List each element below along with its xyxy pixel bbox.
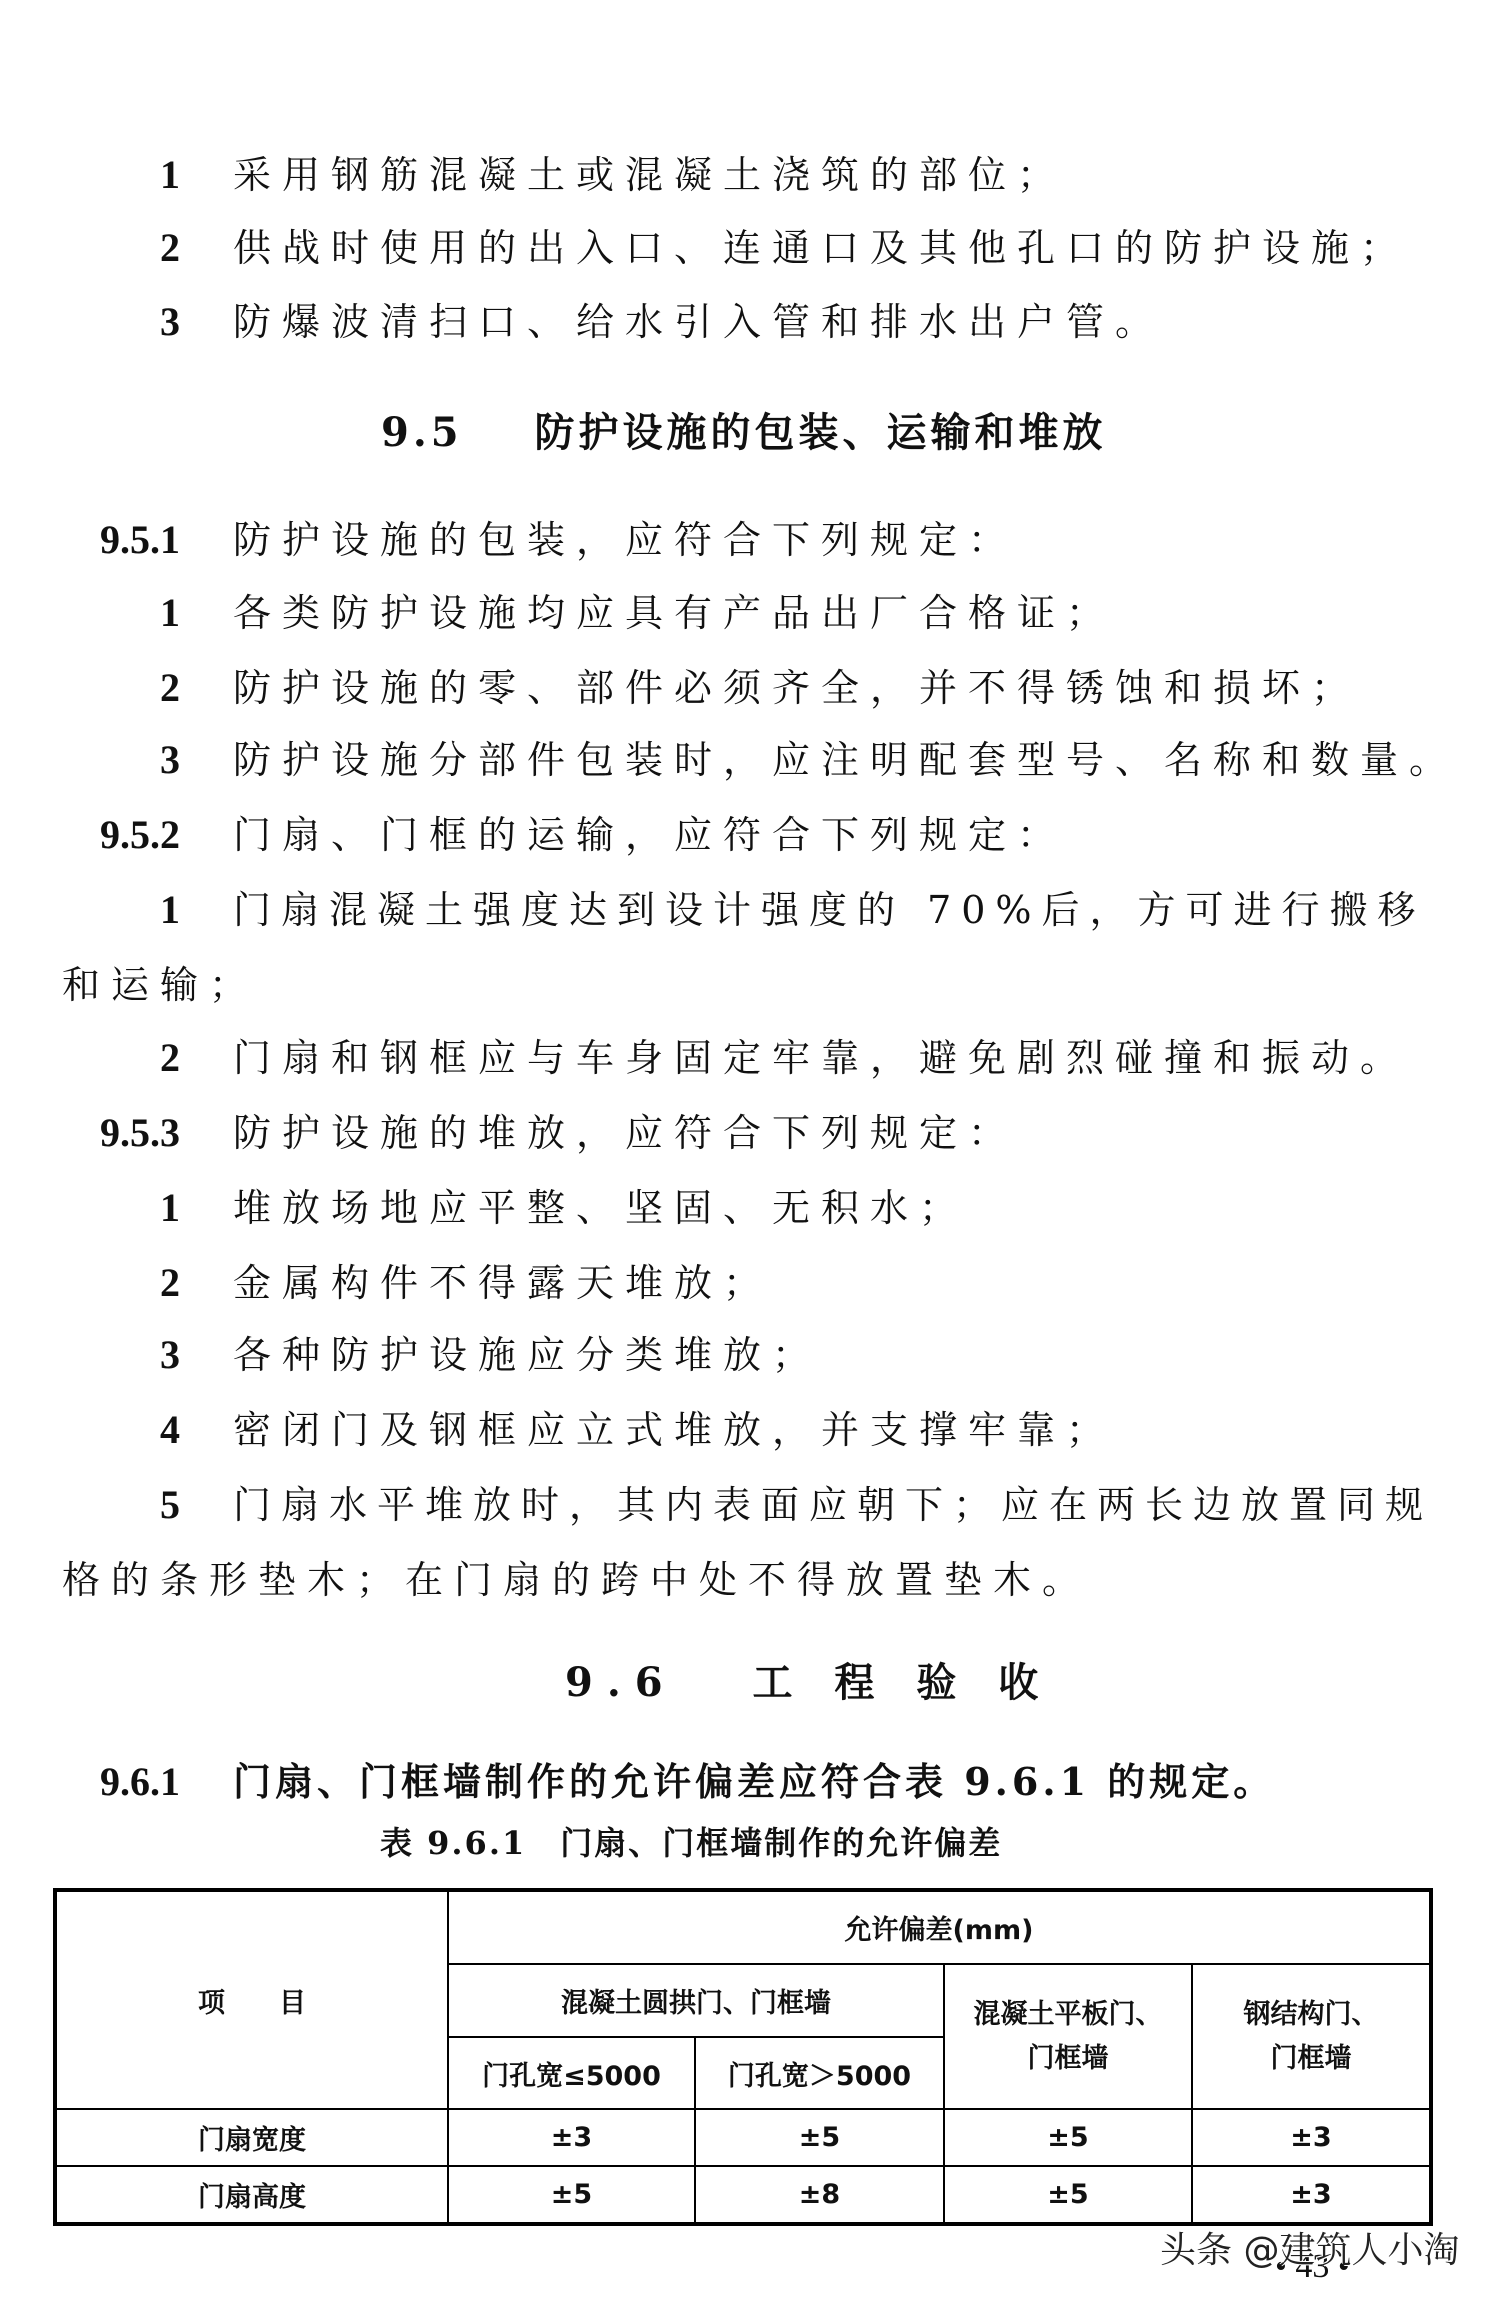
item-number: 1: [140, 138, 180, 212]
item-text-continuation: 格的条形垫木；在门扇的跨中处不得放置垫木。: [62, 1543, 1091, 1617]
table-row: 门扇高度 ±5 ±8 ±5 ±3: [55, 2166, 1431, 2224]
section-number: 9.6: [565, 1659, 677, 1706]
watermark: 头条 @建筑人小淘: [1160, 2222, 1459, 2273]
header-arch-narrow: 门孔宽≤5000: [448, 2037, 695, 2109]
section-heading-9-6: 9.6 工 程 验 收: [565, 1653, 1052, 1713]
item-text: 堆放场地应平整、坚固、无积水；: [233, 1171, 968, 1245]
clause-number: 9.6.1: [40, 1745, 180, 1819]
clause-number: 9.5.3: [40, 1096, 180, 1170]
deviation-table: 项 目 允许偏差(mm) 混凝土圆拱门、门框墙 混凝土平板门、 门框墙 钢结构门…: [53, 1888, 1433, 2226]
item-number: 3: [140, 285, 180, 359]
cell-value: ±5: [944, 2109, 1192, 2166]
cell-value: ±3: [1192, 2166, 1431, 2224]
header-arch: 混凝土圆拱门、门框墙: [448, 1964, 944, 2037]
header-flat: 混凝土平板门、 门框墙: [944, 1964, 1192, 2109]
header-item: 项 目: [55, 1890, 448, 2109]
item-text: 门扇水平堆放时，其内表面应朝下；应在两长边放置同规: [233, 1468, 1433, 1542]
cell-value: ±5: [448, 2166, 695, 2224]
header-group: 允许偏差(mm): [448, 1890, 1431, 1964]
item-number: 2: [140, 1021, 180, 1095]
item-text: 供战时使用的出入口、连通口及其他孔口的防护设施；: [233, 211, 1409, 285]
cell-value: ±8: [695, 2166, 944, 2224]
item-number: 1: [140, 873, 180, 947]
item-text: 密闭门及钢框应立式堆放，并支撑牢靠；: [233, 1393, 1115, 1467]
item-text: 防护设施的零、部件必须齐全，并不得锈蚀和损坏；: [233, 651, 1360, 725]
item-text: 门扇混凝土强度达到设计强度的 70%后，方可进行搬移: [233, 873, 1426, 947]
cell-value: ±5: [695, 2109, 944, 2166]
item-text-continuation: 和运输；: [62, 948, 258, 1022]
item-number: 5: [140, 1468, 180, 1542]
item-number: 1: [140, 576, 180, 650]
item-text: 防护设施分部件包装时，应注明配套型号、名称和数量。: [233, 723, 1458, 797]
header-flat-line2: 门框墙: [945, 2037, 1191, 2081]
section-title: 工 程 验 收: [752, 1659, 1052, 1706]
row-item: 门扇高度: [55, 2166, 448, 2224]
header-steel-line2: 门框墙: [1193, 2037, 1429, 2081]
item-text: 门扇和钢框应与车身固定牢靠，避免剧烈碰撞和振动。: [233, 1021, 1409, 1095]
clause-text: 门扇、门框墙制作的允许偏差应符合表 9.6.1 的规定。: [233, 1745, 1275, 1819]
cell-value: ±3: [1192, 2109, 1431, 2166]
item-text: 各种防护设施应分类堆放；: [233, 1318, 821, 1392]
table-row: 门扇宽度 ±3 ±5 ±5 ±3: [55, 2109, 1431, 2166]
section-heading-9-5: 9.5 防护设施的包装、运输和堆放: [381, 403, 1106, 463]
clause-number: 9.5.1: [40, 503, 180, 577]
header-flat-line1: 混凝土平板门、: [945, 1993, 1191, 2037]
clause-text: 门扇、门框的运输，应符合下列规定：: [233, 798, 1066, 872]
clause-text: 防护设施的包装，应符合下列规定：: [233, 503, 1017, 577]
table-caption: 表 9.6.1 门扇、门框墙制作的允许偏差: [380, 1818, 1002, 1868]
cell-value: ±3: [448, 2109, 695, 2166]
section-number: 9.5: [381, 409, 463, 456]
header-steel: 钢结构门、 门框墙: [1192, 1964, 1431, 2109]
item-number: 2: [140, 211, 180, 285]
clause-text: 防护设施的堆放，应符合下列规定：: [233, 1096, 1017, 1170]
row-item: 门扇宽度: [55, 2109, 448, 2166]
clause-number: 9.5.2: [40, 798, 180, 872]
item-number: 1: [140, 1171, 180, 1245]
item-number: 3: [140, 723, 180, 797]
item-text: 各类防护设施均应具有产品出厂合格证；: [233, 576, 1115, 650]
item-number: 3: [140, 1318, 180, 1392]
item-text: 防爆波清扫口、给水引入管和排水出户管。: [233, 285, 1164, 359]
item-number: 2: [140, 651, 180, 725]
item-text: 金属构件不得露天堆放；: [233, 1246, 772, 1320]
item-number: 2: [140, 1246, 180, 1320]
table-header-row: 项 目 允许偏差(mm): [55, 1890, 1431, 1964]
section-title: 防护设施的包装、运输和堆放: [534, 409, 1106, 456]
header-steel-line1: 钢结构门、: [1193, 1993, 1429, 2037]
cell-value: ±5: [944, 2166, 1192, 2224]
item-number: 4: [140, 1393, 180, 1467]
item-text: 采用钢筋混凝土或混凝土浇筑的部位；: [233, 138, 1066, 212]
header-arch-wide: 门孔宽＞5000: [695, 2037, 944, 2109]
